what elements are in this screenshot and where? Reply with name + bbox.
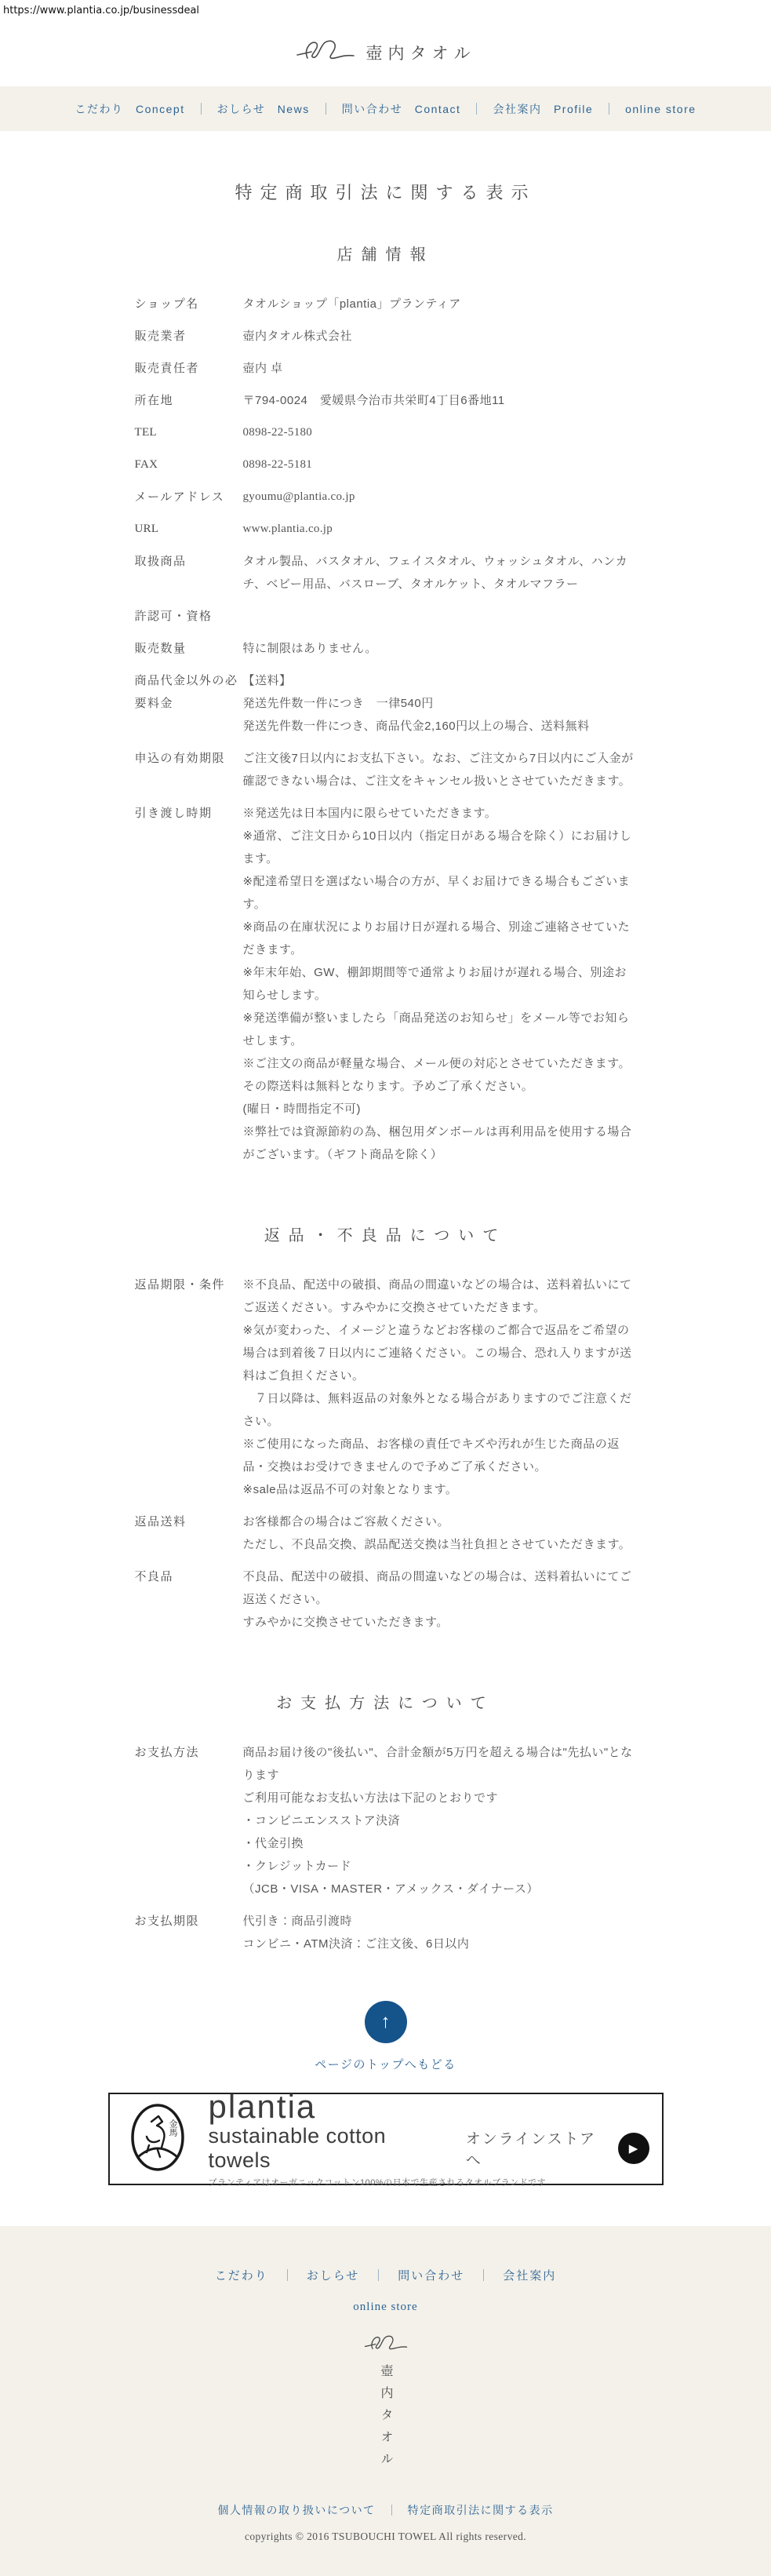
row-label: メールアドレス bbox=[135, 486, 243, 508]
row-label: 販売責任者 bbox=[135, 357, 243, 380]
page-url: https://www.plantia.co.jp/businessdeal bbox=[0, 0, 771, 16]
table-row: URL www.plantia.co.jp bbox=[135, 518, 637, 541]
banner-tagline: sustainable cotton towels bbox=[209, 2124, 446, 2173]
table-row: 販売業者 壺内タオル株式会社 bbox=[135, 325, 637, 348]
banner-cta-label[interactable]: オンラインストアへ bbox=[466, 2127, 607, 2170]
play-icon: ▶ bbox=[629, 2141, 638, 2155]
signature-squiggle-icon bbox=[296, 37, 355, 67]
banner-brand: plantia bbox=[209, 2090, 649, 2124]
row-value: gyoumu@plantia.co.jp bbox=[243, 486, 637, 508]
back-to-top-block: ↑ ページのトップへもどる bbox=[0, 2001, 771, 2072]
row-label: FAX bbox=[135, 454, 243, 476]
row-label: 販売数量 bbox=[135, 637, 243, 660]
footer-nav-contact[interactable]: 問い合わせ bbox=[379, 2267, 483, 2283]
footer-legal-links: 個人情報の取り扱いについて 特定商取引法に関する表示 bbox=[0, 2502, 771, 2518]
footer-nav-profile[interactable]: 会社案内 bbox=[484, 2267, 575, 2283]
table-row: 返品送料 お客様都合の場合はご容赦ください。 ただし、不良品交換、誤品配送交換は… bbox=[135, 1510, 637, 1556]
row-value: 代引き：商品引渡時 コンビニ・ATM決済：ご注文後、6日以内 bbox=[243, 1910, 637, 1955]
row-value: ※不良品、配送中の破損、商品の間違いなどの場合は、送料着払いにてご返送ください。… bbox=[243, 1273, 637, 1501]
privacy-policy-link[interactable]: 個人情報の取り扱いについて bbox=[202, 2502, 391, 2518]
nav-item-news[interactable]: おしらせ News bbox=[205, 101, 322, 117]
table-row: ショップ名 タオルショップ「plantia」プランティア bbox=[135, 293, 637, 315]
table-row: 不良品 不良品、配送中の破損、商品の間違いなどの場合は、送料着払いにてご返送くだ… bbox=[135, 1565, 637, 1634]
payment-table: お支払方法 商品お届け後の"後払い"、合計金額が5万円を超える場合は"先払い"と… bbox=[135, 1741, 637, 1955]
back-to-top-link[interactable]: ページのトップへもどる bbox=[315, 2056, 456, 2072]
section-heading-returns: 返品・不良品について bbox=[0, 1222, 771, 1245]
row-value: タオル製品、バスタオル、フェイスタオル、ウォッシュタオル、ハンカチ、ベビー用品、… bbox=[243, 550, 637, 596]
row-label: 許認可・資格 bbox=[135, 605, 243, 628]
online-store-banner[interactable]: 金馬 plantia sustainable cotton towels オンラ… bbox=[108, 2093, 664, 2185]
footer-online-store-link[interactable]: online store bbox=[353, 2301, 417, 2314]
page-title: 特定商取引法に関する表示 bbox=[0, 180, 771, 204]
table-row: メールアドレス gyoumu@plantia.co.jp bbox=[135, 486, 637, 508]
footer-nav-kodawari[interactable]: こだわり bbox=[196, 2267, 287, 2283]
nav-item-contact[interactable]: 問い合わせ Contact bbox=[329, 101, 474, 117]
row-value: 壺内タオル株式会社 bbox=[243, 325, 637, 348]
emblem-kanji: 金馬 bbox=[168, 2118, 178, 2136]
row-label: ショップ名 bbox=[135, 293, 243, 315]
table-row: 許認可・資格 bbox=[135, 605, 637, 628]
play-button[interactable]: ▶ bbox=[618, 2133, 649, 2164]
up-arrow-icon: ↑ bbox=[381, 2011, 391, 2033]
row-value: 壺内 卓 bbox=[243, 357, 637, 380]
table-row: 引き渡し時期 ※発送先は日本国内に限らせていただきます。 ※通常、ご注文日から1… bbox=[135, 802, 637, 1166]
signature-squiggle-icon bbox=[364, 2343, 408, 2356]
row-label: お支払方法 bbox=[135, 1741, 243, 1900]
nav-item-profile[interactable]: 会社案内 Profile bbox=[480, 101, 606, 117]
table-row: FAX 0898-22-5181 bbox=[135, 454, 637, 476]
row-label: 不良品 bbox=[135, 1565, 243, 1634]
row-value: 商品お届け後の"後払い"、合計金額が5万円を超える場合は"先払い"となります ご… bbox=[243, 1741, 637, 1900]
row-value bbox=[243, 605, 637, 628]
site-footer: こだわり おしらせ 問い合わせ 会社案内 online store 壺内タオル … bbox=[0, 2226, 771, 2576]
row-value: 【送料】 発送先件数一件につき 一律540円 発送先件数一件につき、商品代金2,… bbox=[243, 669, 637, 738]
row-label: 取扱商品 bbox=[135, 550, 243, 596]
footer-navigation: こだわり おしらせ 問い合わせ 会社案内 bbox=[0, 2267, 771, 2283]
banner-description: プランティアはオーガニックコットン100%の日本で生産されるタオルブランドです bbox=[209, 2176, 649, 2188]
row-label: 申込の有効期限 bbox=[135, 747, 243, 792]
table-row: お支払期限 代引き：商品引渡時 コンビニ・ATM決済：ご注文後、6日以内 bbox=[135, 1910, 637, 1955]
row-label: 引き渡し時期 bbox=[135, 802, 243, 1166]
footer-nav-news[interactable]: おしらせ bbox=[288, 2267, 379, 2283]
table-row: TEL 0898-22-5180 bbox=[135, 421, 637, 444]
banner-text-block: plantia sustainable cotton towels オンラインス… bbox=[209, 2090, 649, 2188]
back-to-top-button[interactable]: ↑ bbox=[365, 2001, 407, 2043]
table-row: お支払方法 商品お届け後の"後払い"、合計金額が5万円を超える場合は"先払い"と… bbox=[135, 1741, 637, 1900]
row-label: お支払期限 bbox=[135, 1910, 243, 1955]
nav-item-online-store[interactable]: online store bbox=[613, 103, 708, 115]
row-label: 所在地 bbox=[135, 389, 243, 412]
row-label: URL bbox=[135, 518, 243, 541]
site-header: 壺内タオル bbox=[0, 16, 771, 86]
row-value: 〒794-0024 愛媛県今治市共栄町4丁目6番地11 bbox=[243, 389, 637, 412]
section-heading-payment: お支払方法について bbox=[0, 1690, 771, 1713]
commercial-law-link[interactable]: 特定商取引法に関する表示 bbox=[392, 2502, 569, 2518]
row-label: 販売業者 bbox=[135, 325, 243, 348]
row-value: 特に制限はありません。 bbox=[243, 637, 637, 660]
footer-brand-vertical: 壺内タオル bbox=[376, 2360, 395, 2478]
golden-horse-emblem-icon: 金馬 bbox=[122, 2102, 193, 2177]
table-row: 商品代金以外の必要料金 【送料】 発送先件数一件につき 一律540円 発送先件数… bbox=[135, 669, 637, 738]
section-heading-shop-info: 店舗情報 bbox=[0, 242, 771, 264]
top-navigation: こだわり Concept おしらせ News 問い合わせ Contact 会社案… bbox=[0, 86, 771, 131]
brand-logo[interactable]: 壺内タオル bbox=[296, 37, 476, 67]
nav-item-concept[interactable]: こだわり Concept bbox=[62, 101, 197, 117]
row-value: www.plantia.co.jp bbox=[243, 518, 637, 541]
row-label: 返品送料 bbox=[135, 1510, 243, 1556]
shop-info-table: ショップ名 タオルショップ「plantia」プランティア 販売業者 壺内タオル株… bbox=[135, 293, 637, 1166]
main-content: 特定商取引法に関する表示 店舗情報 ショップ名 タオルショップ「plantia」… bbox=[0, 180, 771, 2185]
row-value: お客様都合の場合はご容赦ください。 ただし、不良品交換、誤品配送交換は当社負担と… bbox=[243, 1510, 637, 1556]
row-value: ご注文後7日以内にお支払下さい。なお、ご注文から7日以内にご入金が確認できない場… bbox=[243, 747, 637, 792]
row-value: 0898-22-5180 bbox=[243, 421, 637, 444]
row-label: 商品代金以外の必要料金 bbox=[135, 669, 243, 738]
row-value: 不良品、配送中の破損、商品の間違いなどの場合は、送料着払いにてご返送ください。 … bbox=[243, 1565, 637, 1634]
footer-brand-logo[interactable]: 壺内タオル bbox=[0, 2333, 771, 2482]
table-row: 申込の有効期限 ご注文後7日以内にお支払下さい。なお、ご注文から7日以内にご入金… bbox=[135, 747, 637, 792]
row-value: ※発送先は日本国内に限らせていただきます。 ※通常、ご注文日から10日以内（指定… bbox=[243, 802, 637, 1166]
returns-table: 返品期限・条件 ※不良品、配送中の破損、商品の間違いなどの場合は、送料着払いにて… bbox=[135, 1273, 637, 1634]
brand-name: 壺内タオル bbox=[366, 41, 476, 64]
table-row: 販売数量 特に制限はありません。 bbox=[135, 637, 637, 660]
row-value: 0898-22-5181 bbox=[243, 454, 637, 476]
table-row: 取扱商品 タオル製品、バスタオル、フェイスタオル、ウォッシュタオル、ハンカチ、ベ… bbox=[135, 550, 637, 596]
copyright-text: copyrights © 2016 TSUBOUCHI TOWEL All ri… bbox=[0, 2530, 771, 2543]
row-label: 返品期限・条件 bbox=[135, 1273, 243, 1501]
table-row: 返品期限・条件 ※不良品、配送中の破損、商品の間違いなどの場合は、送料着払いにて… bbox=[135, 1273, 637, 1501]
row-label: TEL bbox=[135, 421, 243, 444]
table-row: 所在地 〒794-0024 愛媛県今治市共栄町4丁目6番地11 bbox=[135, 389, 637, 412]
table-row: 販売責任者 壺内 卓 bbox=[135, 357, 637, 380]
row-value: タオルショップ「plantia」プランティア bbox=[243, 293, 637, 315]
